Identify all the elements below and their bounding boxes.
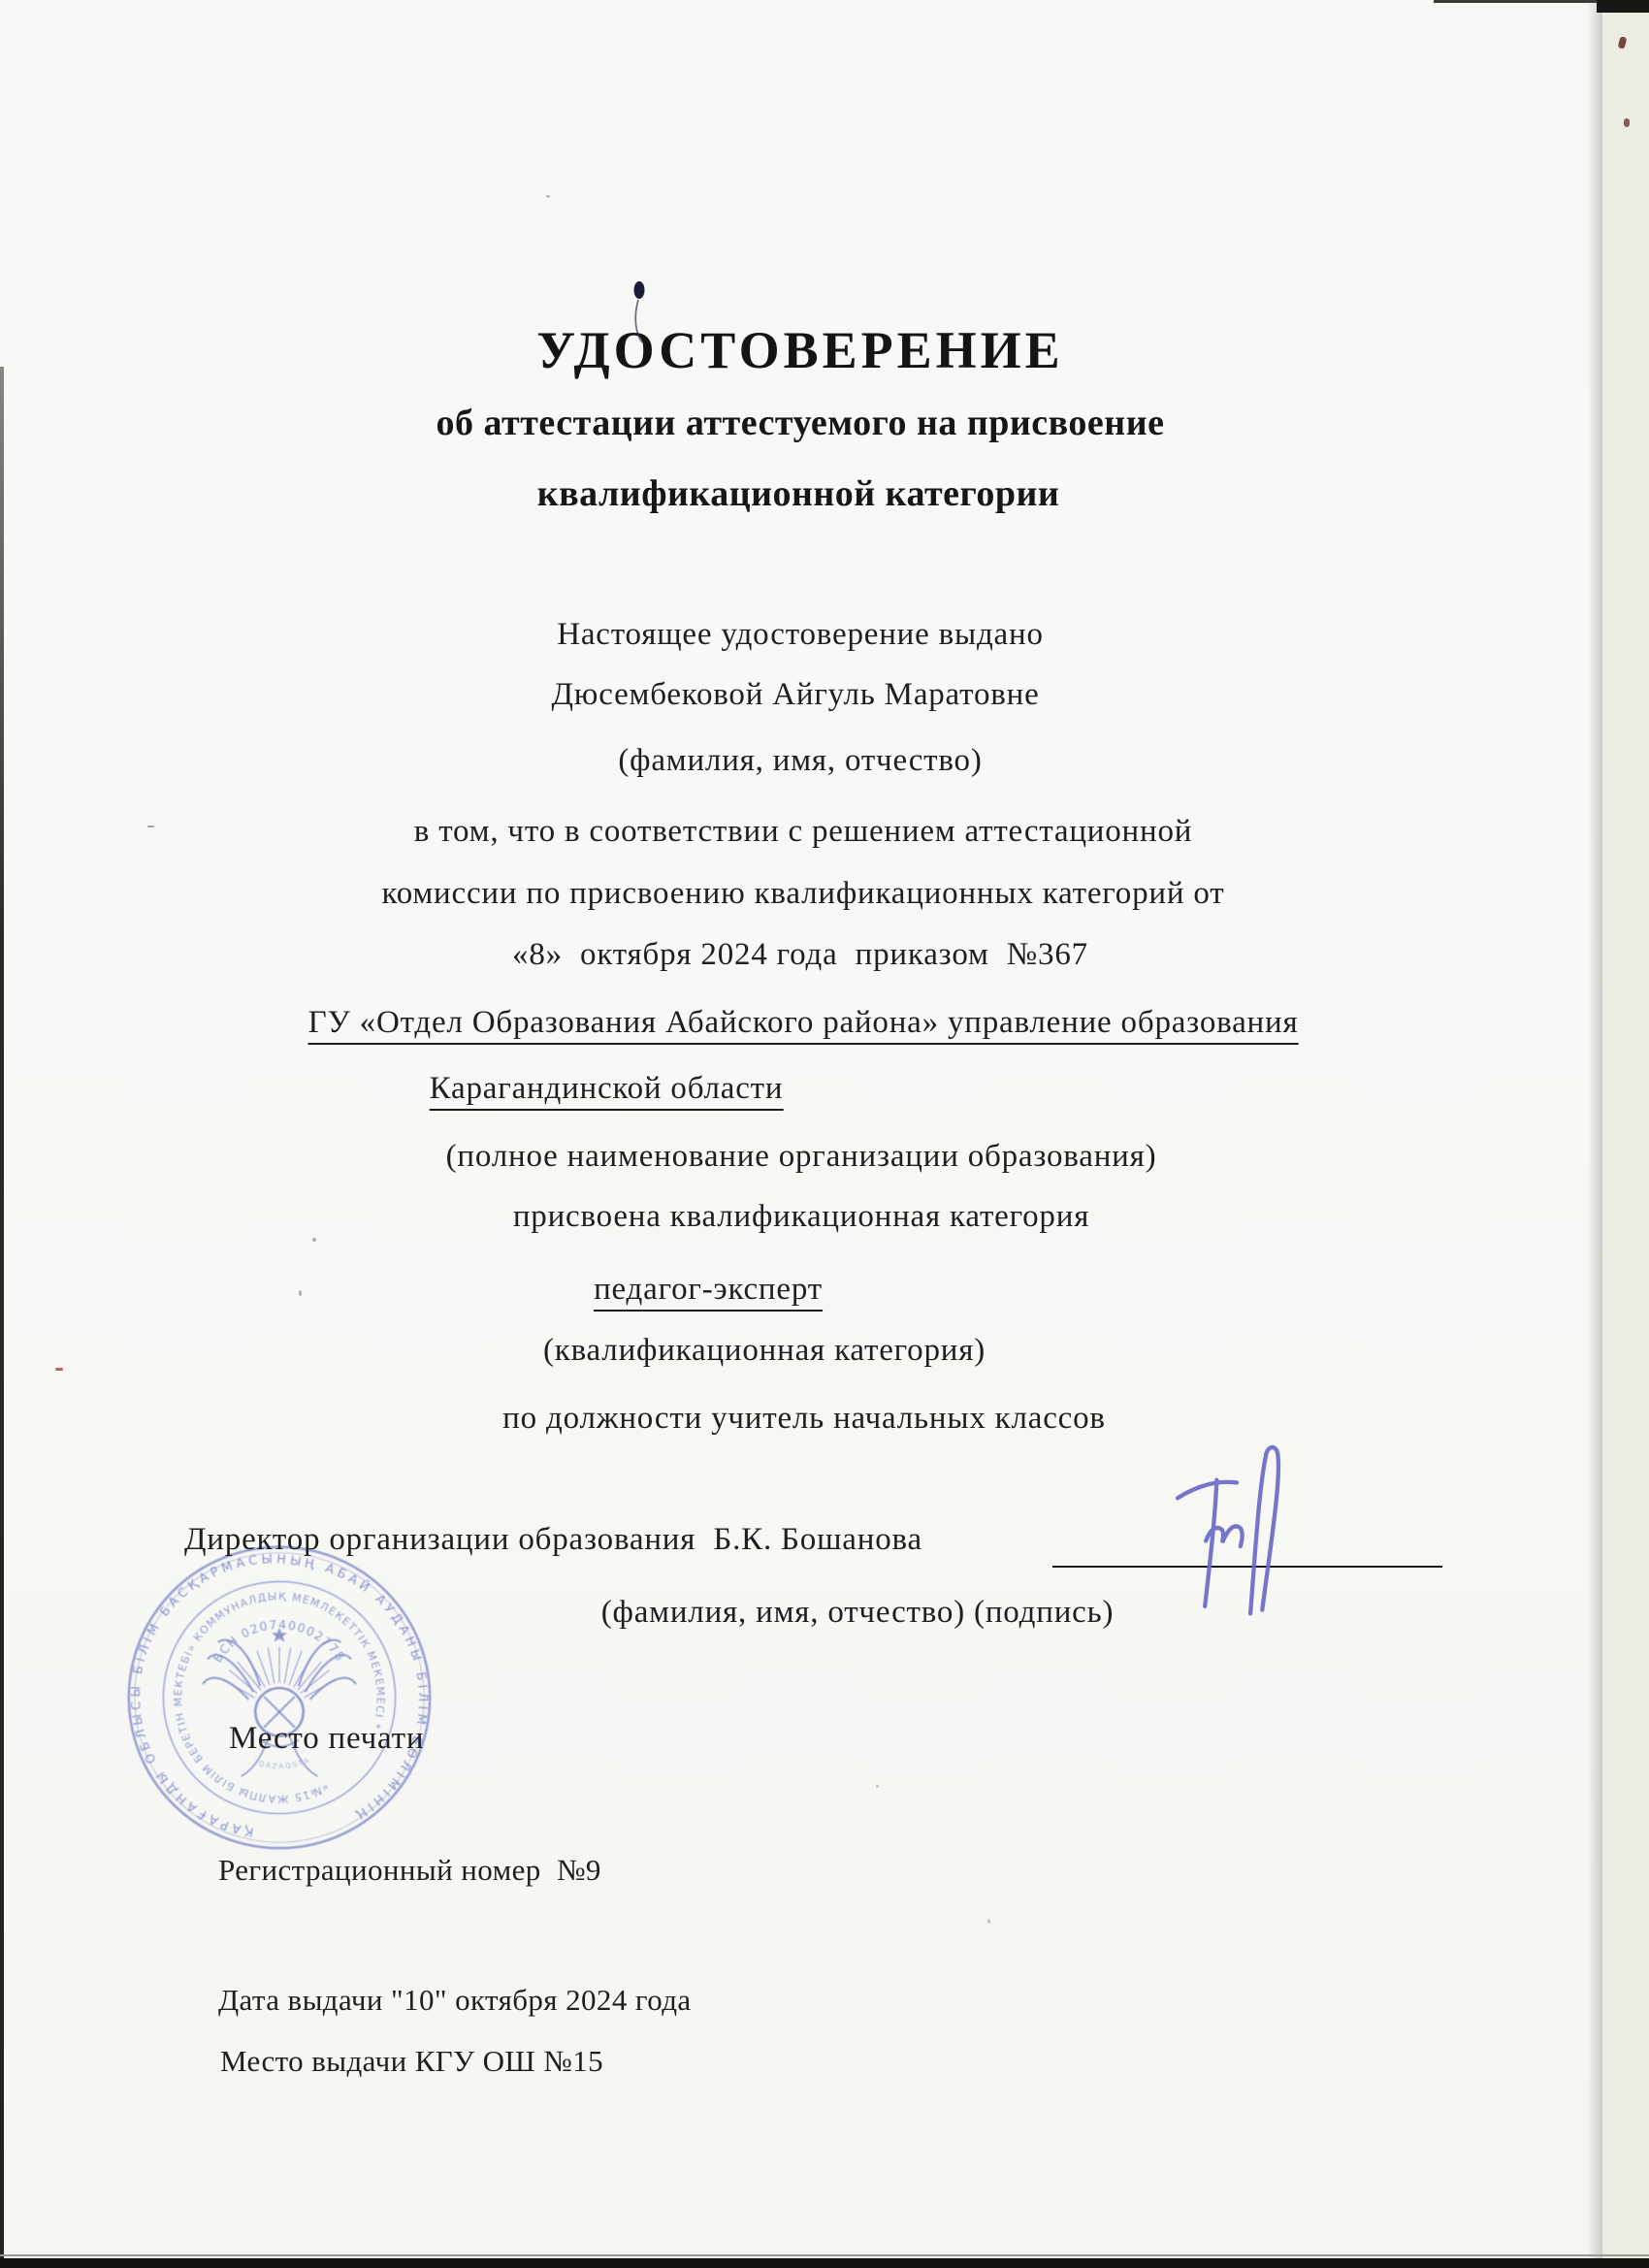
scan-speck bbox=[299, 1290, 302, 1296]
issue-date-line: Дата выдачи "10" октября 2024 года bbox=[218, 1985, 692, 2015]
scan-speck-red bbox=[55, 1368, 63, 1371]
scan-speck bbox=[987, 1919, 990, 1924]
scan-speck bbox=[876, 1785, 879, 1788]
subtitle-line-1: об аттестации аттестуемого на присвоение bbox=[436, 405, 1165, 441]
scan-bottom-edge bbox=[0, 2258, 1649, 2268]
statement-line-2: комиссии по присвоению квалификационных … bbox=[382, 878, 1225, 910]
issue-place-line: Место выдачи КГУ ОШ №15 bbox=[220, 2046, 603, 2076]
organization-line-2: Карагандинской области bbox=[430, 1073, 784, 1111]
subtitle-line-2: квалификационной категории bbox=[537, 475, 1060, 512]
scan-speck bbox=[312, 1238, 316, 1242]
stamp-note: Место печати bbox=[229, 1723, 424, 1755]
director-signature bbox=[1164, 1438, 1309, 1627]
certificate-title: УДОСТОВЕРЕНИЕ bbox=[536, 324, 1063, 376]
page-right-shadow bbox=[1587, 0, 1602, 2268]
organization-line-1: ГУ «Отдел Образования Абайского района» … bbox=[308, 1007, 1299, 1045]
recipient-name: Дюсембековой Айгуль Маратовне bbox=[551, 679, 1039, 711]
issued-line: Настоящее удостоверение выдано bbox=[557, 619, 1044, 651]
category-value: педагог-эксперт bbox=[594, 1274, 823, 1312]
scan-left-edge bbox=[0, 367, 4, 2268]
official-round-stamp: ҚАРАҒАНДЫ ОБЛЫСЫ БІЛІМ БАСҚАРМАСЫНЫҢ АБА… bbox=[116, 1535, 442, 1861]
recipient-caption: (фамилия, имя, отчество) bbox=[618, 745, 982, 777]
category-intro: присвоена квалификационная категория bbox=[513, 1201, 1089, 1233]
ink-blot bbox=[621, 275, 669, 372]
director-line: Директор организации образования Б.К. Бо… bbox=[184, 1524, 922, 1556]
organization-caption: (полное наименование организации образов… bbox=[446, 1141, 1157, 1173]
scan-speck-red bbox=[1624, 118, 1630, 127]
scanned-certificate-page: ҚАРАҒАНДЫ ОБЛЫСЫ БІЛІМ БАСҚАРМАСЫНЫҢ АБА… bbox=[0, 0, 1649, 2268]
category-caption: (квалификационная категория) bbox=[543, 1335, 986, 1367]
order-line: «8» октября 2024 года приказом №367 bbox=[512, 939, 1088, 971]
scan-speck bbox=[147, 826, 154, 827]
scan-speck bbox=[546, 195, 550, 198]
scan-bottom-edge-line bbox=[0, 2254, 1649, 2256]
scan-background-strip bbox=[1602, 0, 1649, 2268]
position-line: по должности учитель начальных классов bbox=[502, 1403, 1106, 1435]
scan-top-edge bbox=[1434, 0, 1604, 3]
director-caption: (фамилия, имя, отчество) (подпись) bbox=[601, 1597, 1115, 1629]
scan-top-right-corner bbox=[1597, 0, 1649, 13]
registration-line: Регистрационный номер №9 bbox=[218, 1855, 601, 1885]
statement-line-1: в том, что в соответствии с решением атт… bbox=[414, 816, 1192, 848]
